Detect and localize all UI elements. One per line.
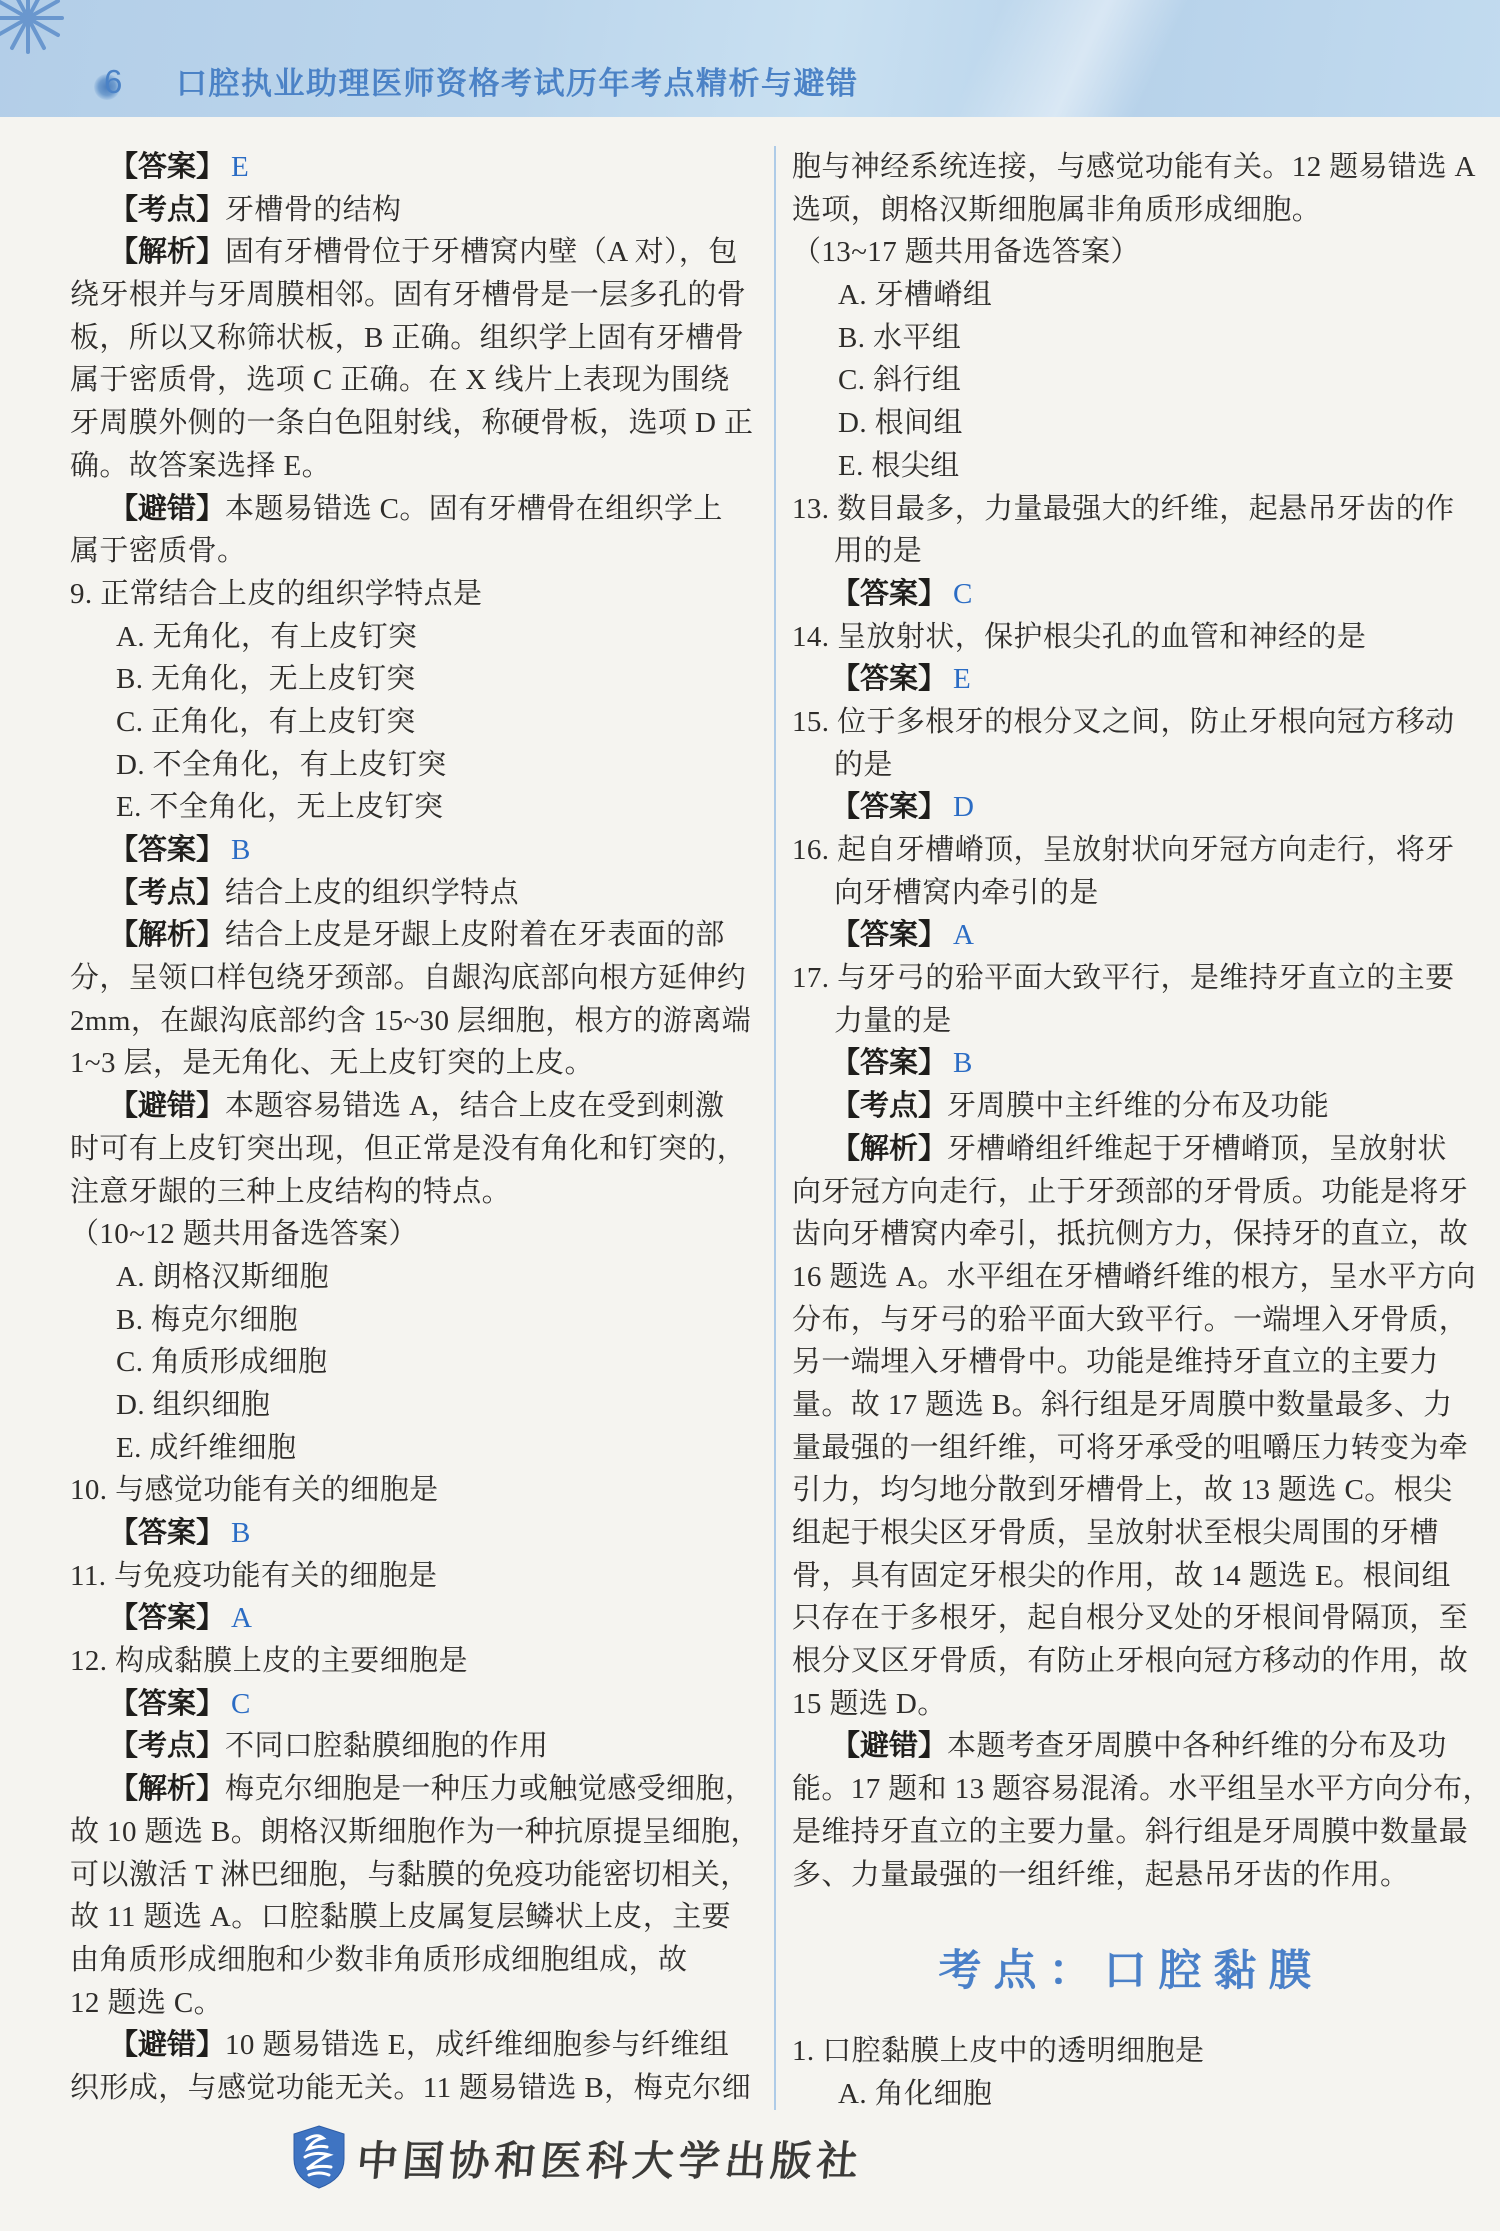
book-title: 口腔执业助理医师资格考试历年考点精析与避错 xyxy=(176,58,859,103)
line-text: 12. 构成黏膜上皮的主要细胞是 xyxy=(70,1645,468,1677)
option-line: A. 角化细胞 xyxy=(792,2073,1470,2116)
bracket-label: 【答案】 xyxy=(109,151,225,183)
answer-line: 【答案】E xyxy=(70,146,748,189)
text-line: 【避错】本题考查牙周膜中各种纤维的分布及功 xyxy=(792,1725,1470,1768)
line-text: 10 题易错选 E，成纤维细胞参与纤维组 xyxy=(225,2029,729,2061)
line-text: C. 角质形成细胞 xyxy=(116,1346,327,1378)
text-line: 属于密质骨。 xyxy=(70,530,748,573)
bracket-label: 【答案】 xyxy=(831,791,947,823)
text-line: 牙周膜外侧的一条白色阻射线，称硬骨板，选项 D 正 xyxy=(70,402,748,445)
answer-line: 【答案】E xyxy=(792,658,1470,701)
answer-letter: C xyxy=(225,1688,251,1720)
line-text: 牙槽嵴组纤维起于牙槽嵴顶，呈放射状 xyxy=(947,1133,1447,1165)
line-text: 力量的是 xyxy=(834,1005,952,1037)
pumc-shield-logo-icon xyxy=(293,2125,345,2189)
line-text: 是维持牙直立的主要力量。斜行组是牙周膜中数量最 xyxy=(792,1816,1468,1848)
option-line: D. 根间组 xyxy=(792,402,1470,445)
answer-letter: D xyxy=(947,791,974,823)
line-text: 结合上皮的组织学特点 xyxy=(225,877,519,909)
text-line: 是维持牙直立的主要力量。斜行组是牙周膜中数量最 xyxy=(792,1811,1470,1854)
line-text: 结合上皮是牙龈上皮附着在牙表面的部 xyxy=(225,919,725,951)
bracket-label: 【答案】 xyxy=(831,663,947,695)
page-header: 6 口腔执业助理医师资格考试历年考点精析与避错 xyxy=(0,0,1500,117)
line-text: E. 成纤维细胞 xyxy=(116,1432,296,1464)
text-line: 故 11 题选 A。口腔黏膜上皮属复层鳞状上皮，主要 xyxy=(70,1896,748,1939)
answer-line: 【答案】C xyxy=(792,573,1470,616)
line-text: 胞与神经系统连接，与感觉功能有关。12 题易错选 A xyxy=(792,151,1476,183)
question-line: （13~17 题共用备选答案） xyxy=(792,231,1470,274)
bracket-label: 【答案】 xyxy=(109,834,225,866)
question-line: 10. 与感觉功能有关的细胞是 xyxy=(70,1469,748,1512)
line-text: 10. 与感觉功能有关的细胞是 xyxy=(70,1474,439,1506)
text-line: 注意牙龈的三种上皮结构的特点。 xyxy=(70,1171,748,1214)
answer-line: 【答案】A xyxy=(792,914,1470,957)
line-text: 梅克尔细胞是一种压力或触觉感受细胞， xyxy=(225,1773,754,1805)
text-line: 的是 xyxy=(792,744,1470,787)
line-text: 12 题选 C。 xyxy=(70,1987,223,2019)
text-line: 量。故 17 题选 B。斜行组是牙周膜中数量最多、力 xyxy=(792,1384,1470,1427)
line-text: 绕牙根并与牙周膜相邻。固有牙槽骨是一层多孔的骨 xyxy=(70,279,746,311)
header-highlight-streak xyxy=(820,0,1380,117)
question-line: 16. 起自牙槽嵴顶，呈放射状向牙冠方向走行，将牙 xyxy=(792,829,1470,872)
text-line: 引力，均匀地分散到牙槽骨上，故 13 题选 C。根尖 xyxy=(792,1469,1470,1512)
line-text: 14. 呈放射状，保护根尖孔的血管和神经的是 xyxy=(792,621,1366,653)
text-line: 【解析】固有牙槽骨位于牙槽窝内壁（A 对），包 xyxy=(70,231,748,274)
line-text: 板，所以又称筛状板，B 正确。组织学上固有牙槽骨 xyxy=(70,322,744,354)
line-text: 故 10 题选 B。朗格汉斯细胞作为一种抗原提呈细胞， xyxy=(70,1816,760,1848)
line-text: 的是 xyxy=(834,749,893,781)
text-line: 齿向牙槽窝内牵引，抵抗侧方力，保持牙的直立，故 xyxy=(792,1213,1470,1256)
line-text: 骨，具有固定牙根尖的作用，故 14 题选 E。根间组 xyxy=(792,1560,1451,1592)
question-line: 15. 位于多根牙的根分叉之间，防止牙根向冠方移动 xyxy=(792,701,1470,744)
option-line: B. 水平组 xyxy=(792,317,1470,360)
answer-letter: E xyxy=(947,663,971,695)
line-text: 本题考查牙周膜中各种纤维的分布及功 xyxy=(947,1730,1447,1762)
text-line: 多、力量最强的一组纤维，起悬吊牙齿的作用。 xyxy=(792,1854,1470,1897)
line-text: 只存在于多根牙，起自根分叉处的牙根间骨隔顶，至 xyxy=(792,1602,1468,1634)
text-line: 【考点】结合上皮的组织学特点 xyxy=(70,872,748,915)
line-text: 引力，均匀地分散到牙槽骨上，故 13 题选 C。根尖 xyxy=(792,1474,1453,1506)
line-text: 16. 起自牙槽嵴顶，呈放射状向牙冠方向走行，将牙 xyxy=(792,834,1455,866)
question-line: 17. 与牙弓的𬌗平面大致平行，是维持牙直立的主要 xyxy=(792,957,1470,1000)
line-text: A. 牙槽嵴组 xyxy=(838,279,992,311)
option-line: D. 不全角化，有上皮钉突 xyxy=(70,744,748,787)
bracket-label: 【答案】 xyxy=(109,1517,225,1549)
line-text: 11. 与免疫功能有关的细胞是 xyxy=(70,1560,437,1592)
bracket-label: 【答案】 xyxy=(109,1602,225,1634)
bracket-label: 【考点】 xyxy=(831,1090,947,1122)
text-line: 【解析】梅克尔细胞是一种压力或触觉感受细胞， xyxy=(70,1768,748,1811)
line-text: 本题易错选 C。固有牙槽骨在组织学上 xyxy=(225,493,723,525)
line-text: C. 正角化，有上皮钉突 xyxy=(116,706,416,738)
line-text: B. 梅克尔细胞 xyxy=(116,1304,298,1336)
option-line: E. 成纤维细胞 xyxy=(70,1427,748,1470)
publisher-footer: 中国协和医科大学出版社 xyxy=(293,2124,863,2190)
text-line: 属于密质骨，选项 C 正确。在 X 线片上表现为围绕 xyxy=(70,359,748,402)
line-text: 向牙槽窝内牵引的是 xyxy=(834,877,1099,909)
line-text: A. 角化细胞 xyxy=(838,2078,992,2110)
line-text: A. 无角化，有上皮钉突 xyxy=(116,621,417,653)
answer-letter: A xyxy=(225,1602,252,1634)
answer-line: 【答案】A xyxy=(70,1597,748,1640)
bracket-label: 【答案】 xyxy=(831,1047,947,1079)
line-text: 向牙冠方向走行，止于牙颈部的牙骨质。功能是将牙 xyxy=(792,1176,1468,1208)
answer-letter: A xyxy=(947,919,974,951)
text-line: 能。17 题和 13 题容易混淆。水平组呈水平方向分布， xyxy=(792,1768,1470,1811)
line-text: （10~12 题共用备选答案） xyxy=(70,1218,418,1250)
line-text: 确。故答案选择 E。 xyxy=(70,450,331,482)
line-text: 齿向牙槽窝内牵引，抵抗侧方力，保持牙的直立，故 xyxy=(792,1218,1468,1250)
answer-letter: B xyxy=(947,1047,973,1079)
bracket-label: 【考点】 xyxy=(109,877,225,909)
text-line: 16 题选 A。水平组在牙槽嵴纤维的根方，呈水平方向 xyxy=(792,1256,1470,1299)
bracket-label: 【答案】 xyxy=(831,919,947,951)
line-text: 时可有上皮钉突出现，但正常是没有角化和钉突的， xyxy=(70,1133,746,1165)
option-line: E. 不全角化，无上皮钉突 xyxy=(70,786,748,829)
line-text: 固有牙槽骨位于牙槽窝内壁（A 对），包 xyxy=(225,236,738,268)
question-line: 12. 构成黏膜上皮的主要细胞是 xyxy=(70,1640,748,1683)
answer-line: 【答案】B xyxy=(70,1512,748,1555)
text-line: 力量的是 xyxy=(792,1000,1470,1043)
line-text: 根分叉区牙骨质，有防止牙根向冠方移动的作用，故 xyxy=(792,1645,1468,1677)
line-text: 17. 与牙弓的𬌗平面大致平行，是维持牙直立的主要 xyxy=(792,962,1455,994)
book-page: 6 口腔执业助理医师资格考试历年考点精析与避错 【答案】E【考点】牙槽骨的结构【… xyxy=(0,0,1500,2231)
bracket-label: 【避错】 xyxy=(831,1730,947,1762)
snowflake-decoration-icon xyxy=(0,0,82,68)
question-line: 13. 数目最多，力量最强大的纤维，起悬吊牙齿的作 xyxy=(792,488,1470,531)
bracket-label: 【解析】 xyxy=(109,1773,225,1805)
question-line: 1. 口腔黏膜上皮中的透明细胞是 xyxy=(792,2030,1470,2073)
line-text: 9. 正常结合上皮的组织学特点是 xyxy=(70,578,482,610)
line-text: D. 根间组 xyxy=(838,407,963,439)
text-line: 板，所以又称筛状板，B 正确。组织学上固有牙槽骨 xyxy=(70,317,748,360)
bracket-label: 【答案】 xyxy=(109,1688,225,1720)
left-column: 【答案】E【考点】牙槽骨的结构【解析】固有牙槽骨位于牙槽窝内壁（A 对），包绕牙… xyxy=(70,146,748,2110)
answer-letter: E xyxy=(225,151,249,183)
text-line: 由角质形成细胞和少数非角质形成细胞组成，故 xyxy=(70,1939,748,1982)
line-text: （13~17 题共用备选答案） xyxy=(792,236,1140,268)
answer-letter: C xyxy=(947,578,973,610)
line-text: D. 组织细胞 xyxy=(116,1389,270,1421)
option-line: A. 朗格汉斯细胞 xyxy=(70,1256,748,1299)
line-text: E. 不全角化，无上皮钉突 xyxy=(116,791,443,823)
column-divider xyxy=(774,146,776,2110)
line-text: 能。17 题和 13 题容易混淆。水平组呈水平方向分布， xyxy=(792,1773,1492,1805)
answer-line: 【答案】B xyxy=(70,829,748,872)
answer-line: 【答案】D xyxy=(792,786,1470,829)
bracket-label: 【解析】 xyxy=(109,919,225,951)
line-text: 牙周膜外侧的一条白色阻射线，称硬骨板，选项 D 正 xyxy=(70,407,753,439)
text-line: 可以激活 T 淋巴细胞，与黏膜的免疫功能密切相关， xyxy=(70,1854,748,1897)
line-text: E. 根尖组 xyxy=(838,450,960,482)
publisher-name: 中国协和医科大学出版社 xyxy=(354,2128,865,2187)
text-line: 量最强的一组纤维，可将牙承受的咀嚼压力转变为牵 xyxy=(792,1427,1470,1470)
line-text: 故 11 题选 A。口腔黏膜上皮属复层鳞状上皮，主要 xyxy=(70,1901,731,1933)
text-line: 【避错】本题容易错选 A，结合上皮在受到刺激 xyxy=(70,1085,748,1128)
line-text: 15. 位于多根牙的根分叉之间，防止牙根向冠方移动 xyxy=(792,706,1455,738)
text-line: 15 题选 D。 xyxy=(792,1683,1470,1726)
option-line: E. 根尖组 xyxy=(792,445,1470,488)
line-text: 考点：口腔黏膜 xyxy=(939,1948,1324,1995)
page-number: 6 xyxy=(104,63,122,101)
answer-line: 【答案】C xyxy=(70,1683,748,1726)
text-line: 绕牙根并与牙周膜相邻。固有牙槽骨是一层多孔的骨 xyxy=(70,274,748,317)
question-line: （10~12 题共用备选答案） xyxy=(70,1213,748,1256)
bracket-label: 【避错】 xyxy=(109,2029,225,2061)
text-line: 【避错】本题易错选 C。固有牙槽骨在组织学上 xyxy=(70,488,748,531)
bracket-label: 【避错】 xyxy=(109,493,225,525)
line-text: 多、力量最强的一组纤维，起悬吊牙齿的作用。 xyxy=(792,1859,1409,1891)
answer-letter: B xyxy=(225,1517,251,1549)
bracket-label: 【考点】 xyxy=(109,1730,225,1762)
text-line: 组起于根尖区牙骨质，呈放射状至根尖周围的牙槽 xyxy=(792,1512,1470,1555)
line-text: C. 斜行组 xyxy=(838,364,961,396)
question-line: 11. 与免疫功能有关的细胞是 xyxy=(70,1555,748,1598)
option-line: A. 牙槽嵴组 xyxy=(792,274,1470,317)
line-text: 13. 数目最多，力量最强大的纤维，起悬吊牙齿的作 xyxy=(792,493,1455,525)
text-line: 另一端埋入牙槽骨中。功能是维持牙直立的主要力 xyxy=(792,1341,1470,1384)
line-text: 组起于根尖区牙骨质，呈放射状至根尖周围的牙槽 xyxy=(792,1517,1439,1549)
answer-letter: B xyxy=(225,834,251,866)
text-line: 时可有上皮钉突出现，但正常是没有角化和钉突的， xyxy=(70,1128,748,1171)
line-text: 量最强的一组纤维，可将牙承受的咀嚼压力转变为牵 xyxy=(792,1432,1468,1464)
line-text: 分布，与牙弓的𬌗平面大致平行。一端埋入牙骨质， xyxy=(792,1304,1468,1336)
text-line: 12 题选 C。 xyxy=(70,1982,748,2025)
line-text: 15 题选 D。 xyxy=(792,1688,947,1720)
line-text: 量。故 17 题选 B。斜行组是牙周膜中数量最多、力 xyxy=(792,1389,1453,1421)
text-line: 根分叉区牙骨质，有防止牙根向冠方移动的作用，故 xyxy=(792,1640,1470,1683)
text-line: 故 10 题选 B。朗格汉斯细胞作为一种抗原提呈细胞， xyxy=(70,1811,748,1854)
option-line: B. 无角化，无上皮钉突 xyxy=(70,658,748,701)
right-column: 胞与神经系统连接，与感觉功能有关。12 题易错选 A选项，朗格汉斯细胞属非角质形… xyxy=(792,146,1470,2116)
line-text: 不同口腔黏膜细胞的作用 xyxy=(225,1730,548,1762)
bracket-label: 【解析】 xyxy=(109,236,225,268)
answer-line: 【答案】B xyxy=(792,1042,1470,1085)
text-line: 胞与神经系统连接，与感觉功能有关。12 题易错选 A xyxy=(792,146,1470,189)
text-line: 【避错】10 题易错选 E，成纤维细胞参与纤维组 xyxy=(70,2024,748,2067)
bracket-label: 【解析】 xyxy=(831,1133,947,1165)
line-text: 16 题选 A。水平组在牙槽嵴纤维的根方，呈水平方向 xyxy=(792,1261,1476,1293)
text-line: 分，呈领口样包绕牙颈部。自龈沟底部向根方延伸约 xyxy=(70,957,748,1000)
text-line: 【解析】结合上皮是牙龈上皮附着在牙表面的部 xyxy=(70,914,748,957)
line-text: 另一端埋入牙槽骨中。功能是维持牙直立的主要力 xyxy=(792,1346,1439,1378)
bracket-label: 【考点】 xyxy=(109,194,225,226)
line-text: B. 无角化，无上皮钉突 xyxy=(116,663,416,695)
bracket-label: 【答案】 xyxy=(831,578,947,610)
line-text: 分，呈领口样包绕牙颈部。自龈沟底部向根方延伸约 xyxy=(70,962,746,994)
text-line: 织形成，与感觉功能无关。11 题易错选 B，梅克尔细 xyxy=(70,2067,748,2110)
line-text: 用的是 xyxy=(834,535,922,567)
line-text: D. 不全角化，有上皮钉突 xyxy=(116,749,447,781)
text-line: 用的是 xyxy=(792,530,1470,573)
text-line: 向牙冠方向走行，止于牙颈部的牙骨质。功能是将牙 xyxy=(792,1171,1470,1214)
section-heading: 考点：口腔黏膜 xyxy=(792,1942,1470,2002)
line-text: 2mm，在龈沟底部约含 15~30 层细胞，根方的游离端 xyxy=(70,1005,751,1037)
line-text: 由角质形成细胞和少数非角质形成细胞组成，故 xyxy=(70,1944,687,1976)
line-text: 织形成，与感觉功能无关。11 题易错选 B，梅克尔细 xyxy=(70,2072,751,2104)
line-text: 选项，朗格汉斯细胞属非角质形成细胞。 xyxy=(792,194,1321,226)
text-line: 【考点】牙槽骨的结构 xyxy=(70,189,748,232)
line-text: 牙周膜中主纤维的分布及功能 xyxy=(947,1090,1329,1122)
line-text: 1~3 层，是无角化、无上皮钉突的上皮。 xyxy=(70,1047,594,1079)
option-line: C. 角质形成细胞 xyxy=(70,1341,748,1384)
line-text: 注意牙龈的三种上皮结构的特点。 xyxy=(70,1176,511,1208)
text-line: 骨，具有固定牙根尖的作用，故 14 题选 E。根间组 xyxy=(792,1555,1470,1598)
text-line: 【考点】牙周膜中主纤维的分布及功能 xyxy=(792,1085,1470,1128)
question-line: 14. 呈放射状，保护根尖孔的血管和神经的是 xyxy=(792,616,1470,659)
option-line: C. 正角化，有上皮钉突 xyxy=(70,701,748,744)
text-line: 2mm，在龈沟底部约含 15~30 层细胞，根方的游离端 xyxy=(70,1000,748,1043)
text-line: 只存在于多根牙，起自根分叉处的牙根间骨隔顶，至 xyxy=(792,1597,1470,1640)
text-line: 确。故答案选择 E。 xyxy=(70,445,748,488)
line-text: 本题容易错选 A，结合上皮在受到刺激 xyxy=(225,1090,724,1122)
text-line: 【解析】牙槽嵴组纤维起于牙槽嵴顶，呈放射状 xyxy=(792,1128,1470,1171)
option-line: C. 斜行组 xyxy=(792,359,1470,402)
option-line: D. 组织细胞 xyxy=(70,1384,748,1427)
question-line: 9. 正常结合上皮的组织学特点是 xyxy=(70,573,748,616)
text-line: 向牙槽窝内牵引的是 xyxy=(792,872,1470,915)
line-text: 属于密质骨。 xyxy=(70,535,246,567)
line-text: 牙槽骨的结构 xyxy=(225,194,401,226)
line-text: 1. 口腔黏膜上皮中的透明细胞是 xyxy=(792,2035,1204,2067)
line-text: B. 水平组 xyxy=(838,322,961,354)
line-text: 可以激活 T 淋巴细胞，与黏膜的免疫功能密切相关， xyxy=(70,1859,750,1891)
bracket-label: 【避错】 xyxy=(109,1090,225,1122)
option-line: B. 梅克尔细胞 xyxy=(70,1299,748,1342)
text-line: 选项，朗格汉斯细胞属非角质形成细胞。 xyxy=(792,189,1470,232)
text-line: 【考点】不同口腔黏膜细胞的作用 xyxy=(70,1725,748,1768)
text-line: 1~3 层，是无角化、无上皮钉突的上皮。 xyxy=(70,1042,748,1085)
text-line: 分布，与牙弓的𬌗平面大致平行。一端埋入牙骨质， xyxy=(792,1299,1470,1342)
line-text: A. 朗格汉斯细胞 xyxy=(116,1261,329,1293)
option-line: A. 无角化，有上皮钉突 xyxy=(70,616,748,659)
line-text: 属于密质骨，选项 C 正确。在 X 线片上表现为围绕 xyxy=(70,364,730,396)
